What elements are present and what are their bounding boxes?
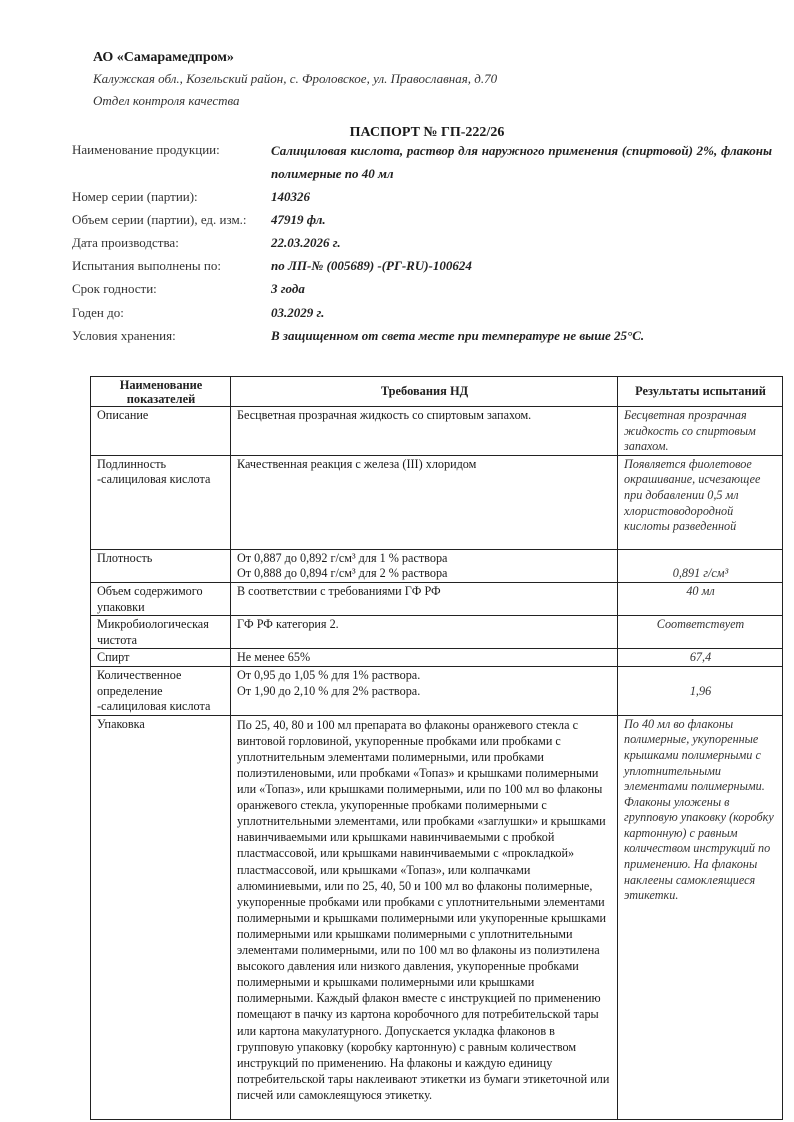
row-requirement: Бесцветная прозрачная жидкость со спирто… [231,407,618,456]
table-row: Описание Бесцветная прозрачная жидкость … [91,407,783,456]
table-row: Объем содержимого упаковки В соответстви… [91,582,783,615]
row-result: 0,891 г/см³ [618,549,783,582]
company-address: Калужская обл., Козельский район, с. Фро… [93,71,497,87]
row-requirement: ГФ РФ категория 2. [231,616,618,649]
info-label: Годен до: [72,305,271,321]
row-requirement: В соответствии с требованиями ГФ РФ [231,582,618,615]
row-result: Бесцветная прозрачная жидкость со спирто… [618,407,783,456]
table-row: Плотность От 0,887 до 0,892 г/см³ для 1 … [91,549,783,582]
row-name: Плотность [91,549,231,582]
requirement-line: От 0,95 до 1,05 % для 1% раствора. [237,668,612,684]
table-header-row: Наименование показателей Требования НД Р… [91,377,783,407]
info-row-product-name: Наименование продукции: Салициловая кисл… [72,139,772,185]
info-value: 03.2029 г. [271,305,772,321]
requirement-line: От 0,887 до 0,892 г/см³ для 1 % раствора [237,551,612,567]
row-name: Микробиологическая чистота [91,616,231,649]
table-row: Упаковка По 25, 40, 80 и 100 мл препарат… [91,715,783,1119]
header-requirements: Требования НД [231,377,618,407]
department-name: Отдел контроля качества [93,93,240,109]
company-name: АО «Самарамедпром» [93,50,234,66]
info-row-batch-number: Номер серии (партии): 140326 [72,185,772,208]
info-row-production-date: Дата производства: 22.03.2026 г. [72,231,772,254]
row-name: Количественное определение -салициловая … [91,666,231,715]
info-value: по ЛП-№ (005689) -(РГ-RU)-100624 [271,258,772,274]
info-label: Объем серии (партии), ед. изм.: [72,212,271,228]
info-label: Срок годности: [72,281,271,297]
info-label: Дата производства: [72,235,271,251]
specification-table: Наименование показателей Требования НД Р… [90,376,783,1120]
row-name: Спирт [91,649,231,667]
row-result: 67,4 [618,649,783,667]
info-row-tested-by: Испытания выполнены по: по ЛП-№ (005689)… [72,255,772,278]
info-row-batch-volume: Объем серии (партии), ед. изм.: 47919 фл… [72,208,772,231]
row-requirement: От 0,95 до 1,05 % для 1% раствора. От 1,… [231,666,618,715]
row-requirement: Не менее 65% [231,649,618,667]
row-result: 40 мл [618,582,783,615]
row-name: Описание [91,407,231,456]
info-value: Салициловая кислота, раствор для наружно… [271,139,772,185]
info-row-expiry: Годен до: 03.2029 г. [72,301,772,324]
header-results: Результаты испытаний [618,377,783,407]
row-name: Объем содержимого упаковки [91,582,231,615]
row-requirement: По 25, 40, 80 и 100 мл препарата во флак… [231,715,618,1119]
table-row: Количественное определение -салициловая … [91,666,783,715]
row-result: 1,96 [618,666,783,715]
table-row: Микробиологическая чистота ГФ РФ категор… [91,616,783,649]
info-row-storage: Условия хранения: В защищенном от света … [72,324,772,347]
row-name: Подлинность -салициловая кислота [91,455,231,549]
info-value: 3 года [271,281,772,297]
table-row: Спирт Не менее 65% 67,4 [91,649,783,667]
header-indicator: Наименование показателей [91,377,231,407]
product-info: Наименование продукции: Салициловая кисл… [72,139,772,347]
row-result: По 40 мл во флаконы полимерные, укупорен… [618,715,783,1119]
info-value: 140326 [271,189,772,205]
row-requirement: От 0,887 до 0,892 г/см³ для 1 % раствора… [231,549,618,582]
row-result: Появляется фиолетовое окрашивание, исчез… [618,455,783,549]
info-label: Условия хранения: [72,328,271,344]
info-row-shelf-life: Срок годности: 3 года [72,278,772,301]
info-value: 22.03.2026 г. [271,235,772,251]
row-result: Соответствует [618,616,783,649]
table-row: Подлинность -салициловая кислота Качеств… [91,455,783,549]
info-value: В защищенном от света месте при температ… [271,328,772,344]
requirement-line: От 0,888 до 0,894 г/см³ для 2 % раствора [237,566,612,582]
info-label: Испытания выполнены по: [72,258,271,274]
info-label: Номер серии (партии): [72,189,271,205]
info-value: 47919 фл. [271,212,772,228]
requirement-line: От 1,90 до 2,10 % для 2% раствора. [237,684,612,700]
row-name: Упаковка [91,715,231,1119]
info-label: Наименование продукции: [72,139,271,158]
row-requirement: Качественная реакция с железа (III) хлор… [231,455,618,549]
